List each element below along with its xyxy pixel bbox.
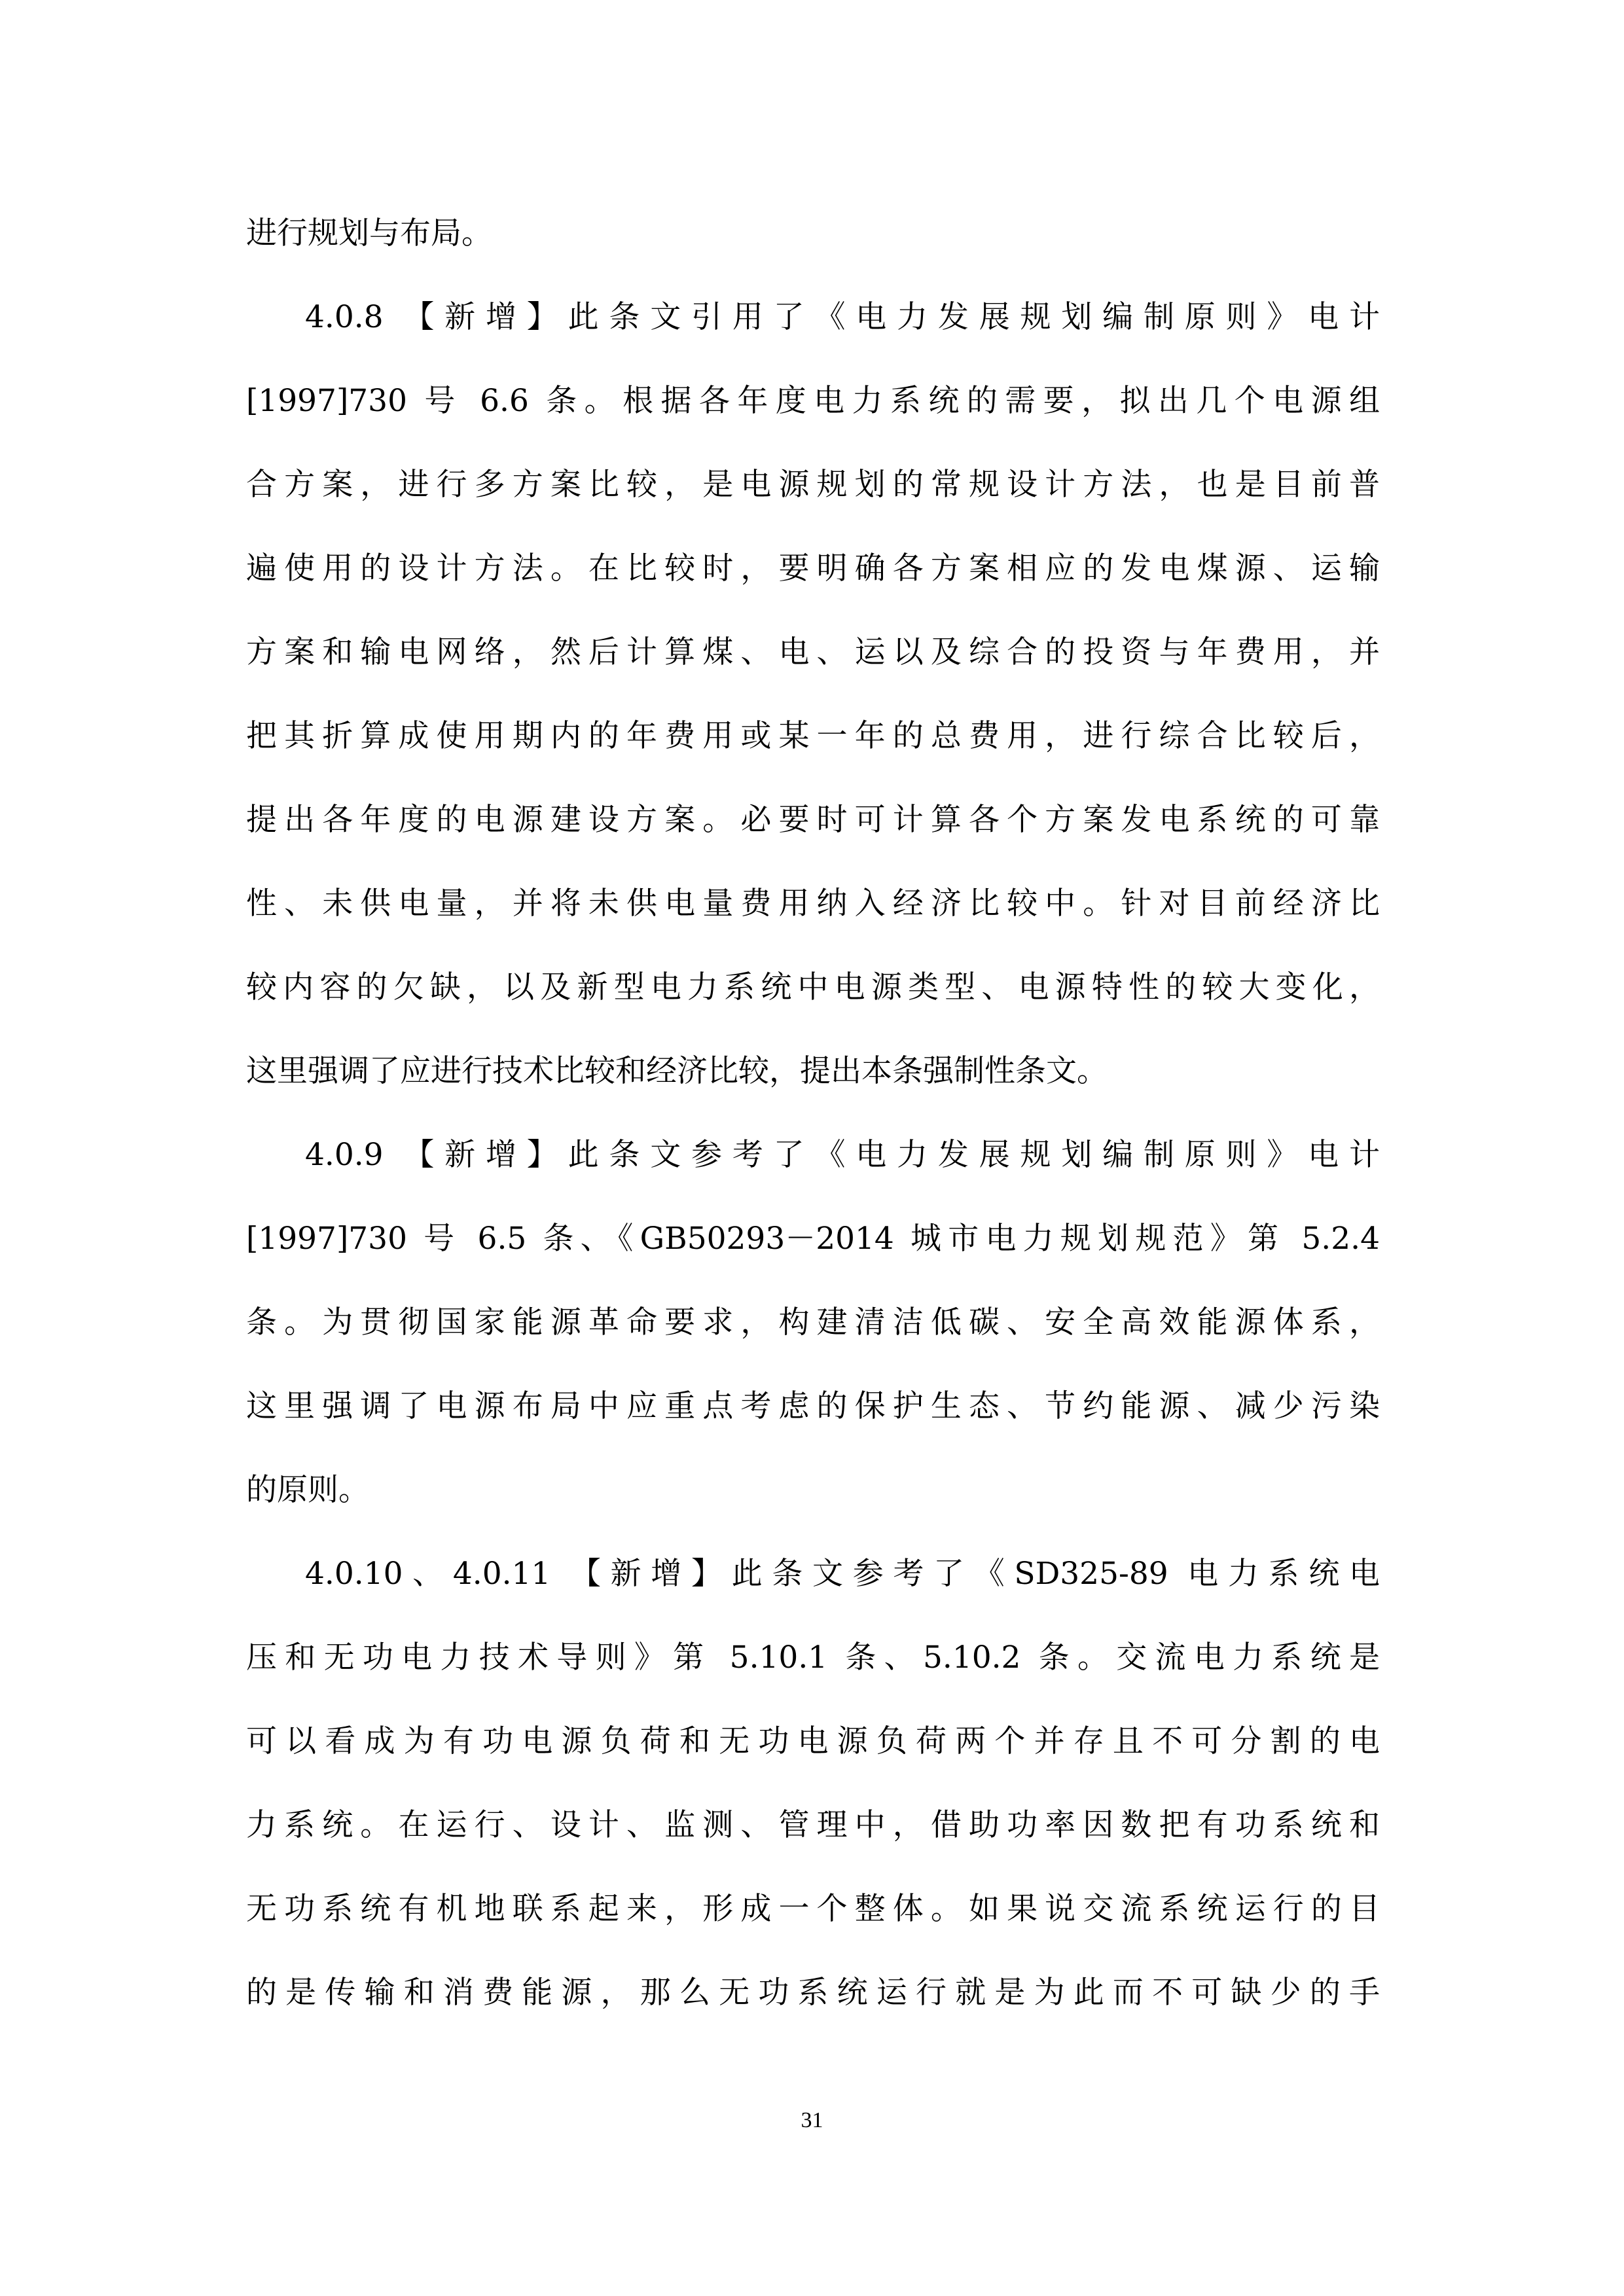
paragraph-line: 性、未供电量，并将未供电量费用纳入经济比较中。针对目前经济比 (246, 881, 1380, 927)
paragraph-line: 合方案，进行多方案比较，是电源规划的常规设计方法，也是目前普 (246, 462, 1380, 508)
paragraph-line: 无功系统有机地联系起来，形成一个整体。如果说交流系统运行的目 (246, 1886, 1380, 1932)
paragraph-line: [1997]730 号 6.5 条、《GB50293－2014 城市电力规划规范… (246, 1216, 1380, 1262)
paragraph-line: 把其折算成使用期内的年费用或某一年的总费用，进行综合比较后， (246, 713, 1380, 759)
paragraph-line: 压和无功电力技术导则》第 5.10.1 条、5.10.2 条。交流电力系统是 (246, 1635, 1380, 1681)
paragraph-line: 力系统。在运行、设计、监测、管理中，借助功率因数把有功系统和 (246, 1803, 1380, 1848)
paragraph-line: 这里强调了应进行技术比较和经济比较，提出本条强制性条文。 (246, 1049, 1380, 1094)
clause-4-0-10-heading-line: 4.0.10、4.0.11 【新增】此条文参考了《SD325-89 电力系统电 (305, 1551, 1380, 1597)
paragraph-line: [1997]730 号 6.6 条。根据各年度电力系统的需要，拟出几个电源组 (246, 378, 1380, 424)
paragraph-line: 提出各年度的电源建设方案。必要时可计算各个方案发电系统的可靠 (246, 797, 1380, 843)
page-number: 31 (0, 2108, 1624, 2134)
paragraph-line: 遍使用的设计方法。在比较时，要明确各方案相应的发电煤源、运输 (246, 546, 1380, 592)
clause-4-0-8-heading-line: 4.0.8 【新增】此条文引用了《电力发展规划编制原则》电计 (305, 295, 1380, 340)
document-page: 进行规划与布局。 4.0.8 【新增】此条文引用了《电力发展规划编制原则》电计 … (0, 0, 1624, 2296)
clause-4-0-9-heading-line: 4.0.9 【新增】此条文参考了《电力发展规划编制原则》电计 (305, 1132, 1380, 1178)
paragraph-line: 这里强调了电源布局中应重点考虑的保护生态、节约能源、减少污染 (246, 1384, 1380, 1429)
paragraph-line: 的是传输和消费能源，那么无功系统运行就是为此而不可缺少的手 (246, 1970, 1380, 2016)
paragraph-line: 条。为贯彻国家能源革命要求，构建清洁低碳、安全高效能源体系， (246, 1300, 1380, 1346)
paragraph-line: 的原则。 (246, 1467, 1380, 1513)
paragraph-line: 进行规划与布局。 (246, 211, 1380, 257)
paragraph-line: 较内容的欠缺，以及新型电力系统中电源类型、电源特性的较大变化， (246, 965, 1380, 1011)
paragraph-line: 可以看成为有功电源负荷和无功电源负荷两个并存且不可分割的电 (246, 1719, 1380, 1765)
paragraph-line: 方案和输电网络，然后计算煤、电、运以及综合的投资与年费用，并 (246, 630, 1380, 675)
